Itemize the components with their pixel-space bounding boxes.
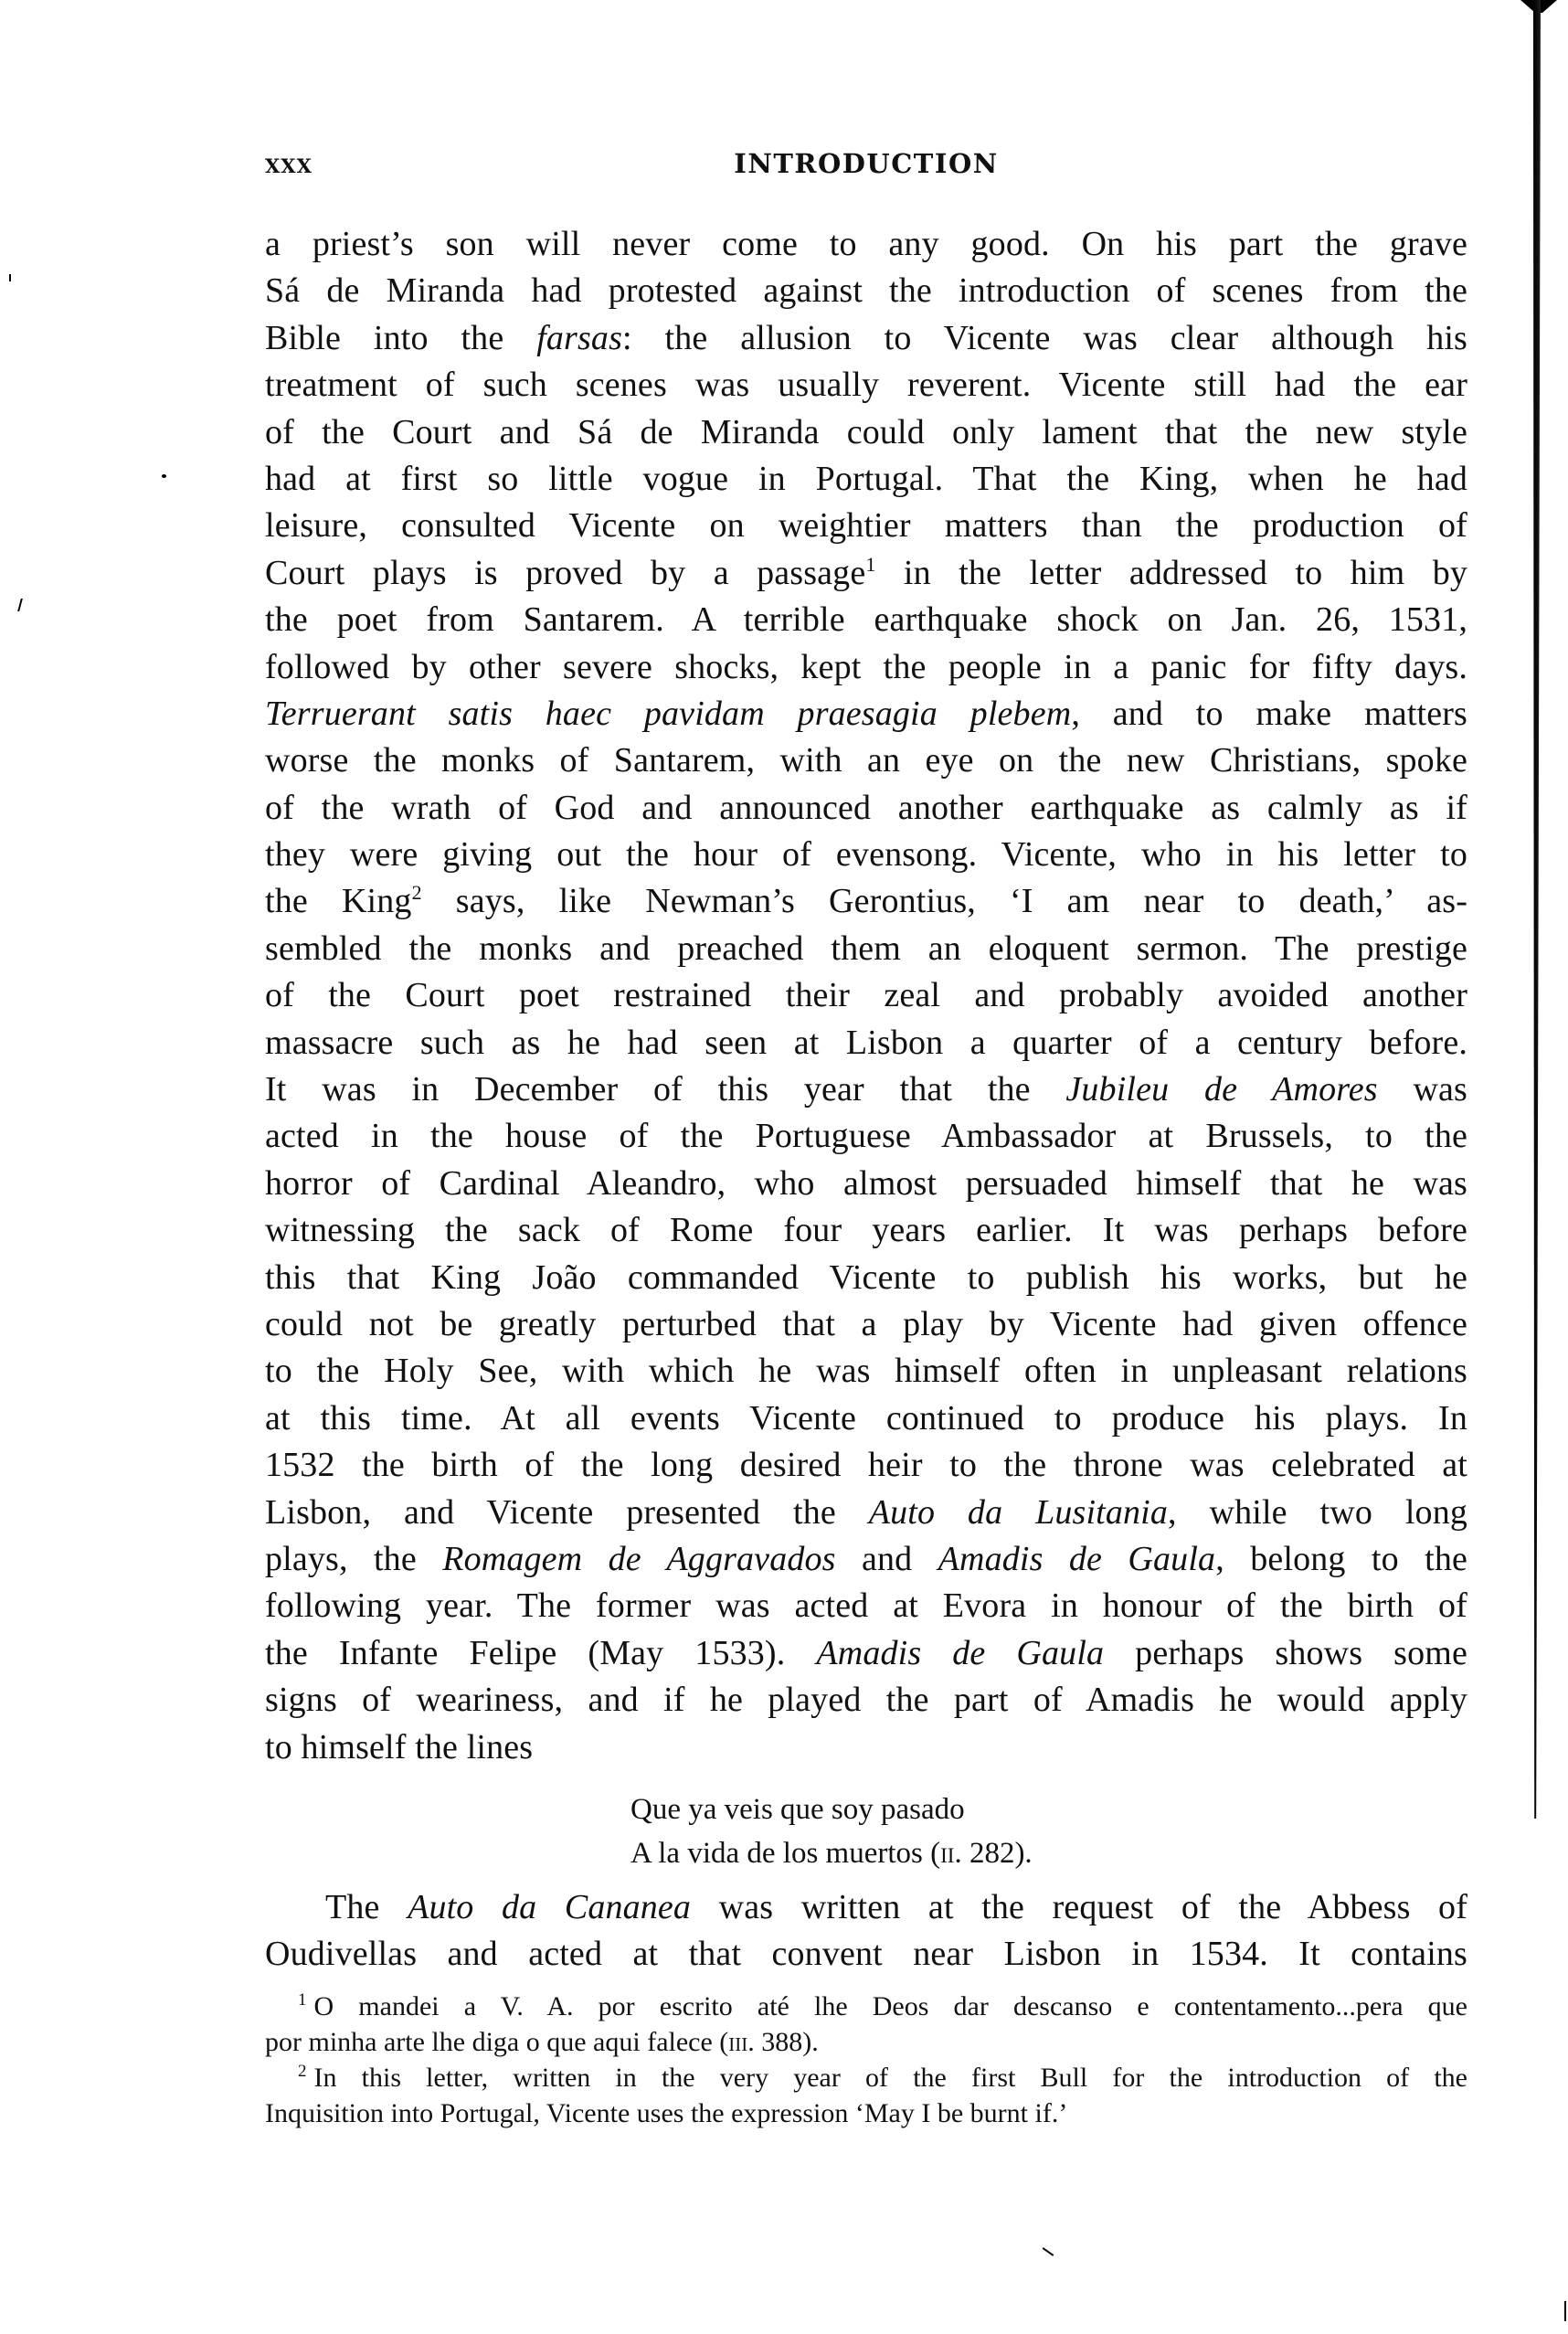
text-line: the King2 says, like Newman’s Gerontius,… bbox=[265, 878, 1467, 925]
text-line: at this time. At all events Vicente cont… bbox=[265, 1395, 1467, 1442]
text-run: treatment of such scenes was usually rev… bbox=[265, 366, 1467, 404]
text-line: followed by other severe shocks, kept th… bbox=[265, 644, 1467, 691]
text-run: the Infante Felipe (May 1533). bbox=[265, 1634, 816, 1672]
text-run: The bbox=[325, 1888, 408, 1926]
running-title: INTRODUCTION bbox=[265, 148, 1467, 179]
text-run: 1532 the birth of the long desired heir … bbox=[265, 1446, 1467, 1484]
text-run: of the wrath of God and announced anothe… bbox=[265, 789, 1467, 827]
footnote-line: por minha arte lhe diga o que aqui falec… bbox=[265, 2024, 1467, 2060]
text-run: the King bbox=[265, 882, 412, 920]
text-run: . 282). bbox=[954, 1837, 1032, 1870]
text-line: treatment of such scenes was usually rev… bbox=[265, 362, 1467, 408]
text-run: Lisbon, and Vicente presented the bbox=[265, 1493, 869, 1532]
text-line: to himself the lines bbox=[265, 1724, 1467, 1771]
text-line: 1532 the birth of the long desired heir … bbox=[265, 1442, 1467, 1489]
italic-title: Auto da Lusitania bbox=[869, 1493, 1168, 1532]
text-line: horror of Cardinal Aleandro, who almost … bbox=[265, 1161, 1467, 1207]
text-run: Bible into the bbox=[265, 319, 536, 357]
text-run: horror of Cardinal Aleandro, who almost … bbox=[265, 1164, 1467, 1203]
footnote-marker: 2 bbox=[298, 2062, 307, 2081]
footnote-reference[interactable]: 2 bbox=[412, 881, 422, 904]
margin-speck bbox=[17, 599, 23, 611]
volume-numeral: iii bbox=[728, 2027, 747, 2057]
text-run: , belong to the bbox=[1215, 1540, 1467, 1578]
text-run: A la vida de los muertos ( bbox=[630, 1837, 940, 1870]
text-run: this that King João commanded Vicente to… bbox=[265, 1258, 1467, 1297]
italic-title: Amadis de Gaula bbox=[938, 1540, 1216, 1578]
body-text: a priest’s son will never come to any go… bbox=[265, 221, 1467, 1771]
text-run: they were giving out the hour of evenson… bbox=[265, 835, 1467, 874]
text-run: por minha arte lhe diga o que aqui falec… bbox=[265, 2027, 728, 2057]
italic-title: farsas bbox=[536, 319, 622, 357]
text-run: could not be greatly perturbed that a pl… bbox=[265, 1305, 1467, 1343]
italic-title: Auto da Cananea bbox=[408, 1888, 691, 1926]
text-run: Que ya veis que soy pasado bbox=[630, 1793, 965, 1826]
text-line: Bible into the farsas: the allusion to V… bbox=[265, 315, 1467, 362]
text-line: of the Court poet restrained their zeal … bbox=[265, 972, 1467, 1019]
text-line: Court plays is proved by a passage1 in t… bbox=[265, 550, 1467, 597]
text-run: leisure, consulted Vicente on weightier … bbox=[265, 506, 1467, 545]
text-run: It was in December of this year that the bbox=[265, 1070, 1065, 1109]
margin-speck bbox=[162, 474, 166, 478]
verse-line: A la vida de los muertos (ii. 282). bbox=[630, 1831, 1033, 1875]
text-line: a priest’s son will never come to any go… bbox=[265, 221, 1467, 268]
text-line: of the wrath of God and announced anothe… bbox=[265, 785, 1467, 832]
text-run: witnessing the sack of Rome four years e… bbox=[265, 1211, 1467, 1249]
text-run: signs of weariness, and if he played the… bbox=[265, 1681, 1467, 1719]
text-line: following year. The former was acted at … bbox=[265, 1583, 1467, 1629]
text-run: the poet from Santarem. A terrible earth… bbox=[265, 600, 1467, 639]
margin-speck bbox=[1564, 2301, 1566, 2321]
text-run: acted in the house of the Portuguese Amb… bbox=[265, 1117, 1467, 1155]
italic-title: Amadis de Gaula bbox=[816, 1634, 1104, 1672]
text-run: a priest’s son will never come to any go… bbox=[265, 225, 1467, 263]
footnote-line: 1O mandei a V. A. por escrito até lhe De… bbox=[265, 1989, 1467, 2024]
text-run: was bbox=[1378, 1070, 1467, 1109]
volume-numeral: ii bbox=[940, 1837, 954, 1870]
footnote-reference[interactable]: 1 bbox=[865, 553, 875, 576]
text-line: Oudivellas and acted at that convent nea… bbox=[265, 1931, 1467, 1978]
text-run: O mandei a V. A. por escrito até lhe Deo… bbox=[314, 1991, 1468, 2021]
text-line: plays, the Romagem de Aggravados and Ama… bbox=[265, 1536, 1467, 1583]
text-run: worse the monks of Santarem, with an eye… bbox=[265, 741, 1467, 780]
text-run: following year. The former was acted at … bbox=[265, 1586, 1467, 1625]
text-line: could not be greatly perturbed that a pl… bbox=[265, 1301, 1467, 1348]
text-run: in the letter addressed to him by bbox=[876, 554, 1467, 592]
text-run: says, like Newman’s Gerontius, ‘I am nea… bbox=[422, 882, 1467, 920]
italic-title: Romagem de Aggravados bbox=[442, 1540, 835, 1578]
text-run: Oudivellas and acted at that convent nea… bbox=[265, 1935, 1467, 1973]
italic-title: Jubileu de Amores bbox=[1065, 1070, 1377, 1109]
text-line: signs of weariness, and if he played the… bbox=[265, 1677, 1467, 1724]
text-run: : the allusion to Vicente was clear alth… bbox=[622, 319, 1467, 357]
text-run: followed by other severe shocks, kept th… bbox=[265, 648, 1467, 686]
text-run: massacre such as he had seen at Lisbon a… bbox=[265, 1024, 1467, 1062]
text-run: plays, the bbox=[265, 1540, 442, 1578]
text-line: to the Holy See, with which he was himse… bbox=[265, 1348, 1467, 1395]
footnote-line: 2In this letter, written in the very yea… bbox=[265, 2060, 1467, 2095]
text-line: witnessing the sack of Rome four years e… bbox=[265, 1207, 1467, 1254]
text-run: to the Holy See, with which he was himse… bbox=[265, 1352, 1467, 1390]
text-run: Sá de Miranda had protested against the … bbox=[265, 271, 1467, 310]
text-line: this that King João commanded Vicente to… bbox=[265, 1255, 1467, 1301]
text-run: of the Court poet restrained their zeal … bbox=[265, 976, 1467, 1014]
text-line: had at first so little vogue in Portugal… bbox=[265, 456, 1467, 503]
text-run: perhaps shows some bbox=[1104, 1634, 1467, 1672]
margin-speck bbox=[1043, 2247, 1054, 2256]
text-line: the Infante Felipe (May 1533). Amadis de… bbox=[265, 1630, 1467, 1677]
text-run: Court plays is proved by a passage bbox=[265, 554, 865, 592]
italic-title: Terruerant satis haec pavidam praesagia … bbox=[265, 695, 1071, 733]
text-line: of the Court and Sá de Miranda could onl… bbox=[265, 409, 1467, 456]
text-run: and bbox=[836, 1540, 938, 1578]
text-line: It was in December of this year that the… bbox=[265, 1066, 1467, 1113]
margin-speck bbox=[9, 274, 11, 281]
text-run: . 388). bbox=[747, 2027, 819, 2057]
footnotes: 1O mandei a V. A. por escrito até lhe De… bbox=[265, 1989, 1467, 2131]
text-line: leisure, consulted Vicente on weightier … bbox=[265, 503, 1467, 549]
text-run: at this time. At all events Vicente cont… bbox=[265, 1399, 1467, 1438]
text-run: In this letter, written in the very year… bbox=[314, 2063, 1468, 2093]
text-run: of the Court and Sá de Miranda could onl… bbox=[265, 413, 1467, 451]
footnote-line: Inquisition into Portugal, Vicente uses … bbox=[265, 2095, 1467, 2131]
verse-quotation: Que ya veis que soy pasadoA la vida de l… bbox=[630, 1788, 1033, 1875]
text-run: , while two long bbox=[1168, 1493, 1467, 1532]
text-line: massacre such as he had seen at Lisbon a… bbox=[265, 1020, 1467, 1066]
footnote-marker: 1 bbox=[298, 1990, 307, 2010]
book-page: xxx INTRODUCTION a priest’s son will nev… bbox=[0, 0, 1568, 2334]
text-run: Inquisition into Portugal, Vicente uses … bbox=[265, 2098, 1067, 2128]
verse-line: Que ya veis que soy pasado bbox=[630, 1788, 1033, 1831]
text-line: sembled the monks and preached them an e… bbox=[265, 926, 1467, 972]
running-head: xxx INTRODUCTION bbox=[265, 148, 1467, 188]
text-line: the poet from Santarem. A terrible earth… bbox=[265, 597, 1467, 643]
text-line: acted in the house of the Portuguese Amb… bbox=[265, 1113, 1467, 1160]
text-run: to himself the lines bbox=[265, 1728, 533, 1766]
text-line: they were giving out the hour of evenson… bbox=[265, 832, 1467, 878]
text-line: worse the monks of Santarem, with an eye… bbox=[265, 737, 1467, 784]
text-line: The Auto da Cananea was written at the r… bbox=[265, 1884, 1467, 1931]
text-run: had at first so little vogue in Portugal… bbox=[265, 460, 1467, 498]
text-run: was written at the request of the Abbess… bbox=[691, 1888, 1467, 1926]
text-line: Sá de Miranda had protested against the … bbox=[265, 268, 1467, 314]
text-line: Terruerant satis haec pavidam praesagia … bbox=[265, 691, 1467, 737]
scan-edge-artifact bbox=[1533, 0, 1541, 1819]
paragraph-continuation: The Auto da Cananea was written at the r… bbox=[265, 1884, 1467, 1979]
text-run: , and to make matters bbox=[1071, 695, 1467, 733]
text-run: sembled the monks and preached them an e… bbox=[265, 929, 1467, 968]
text-line: Lisbon, and Vicente presented the Auto d… bbox=[265, 1490, 1467, 1536]
